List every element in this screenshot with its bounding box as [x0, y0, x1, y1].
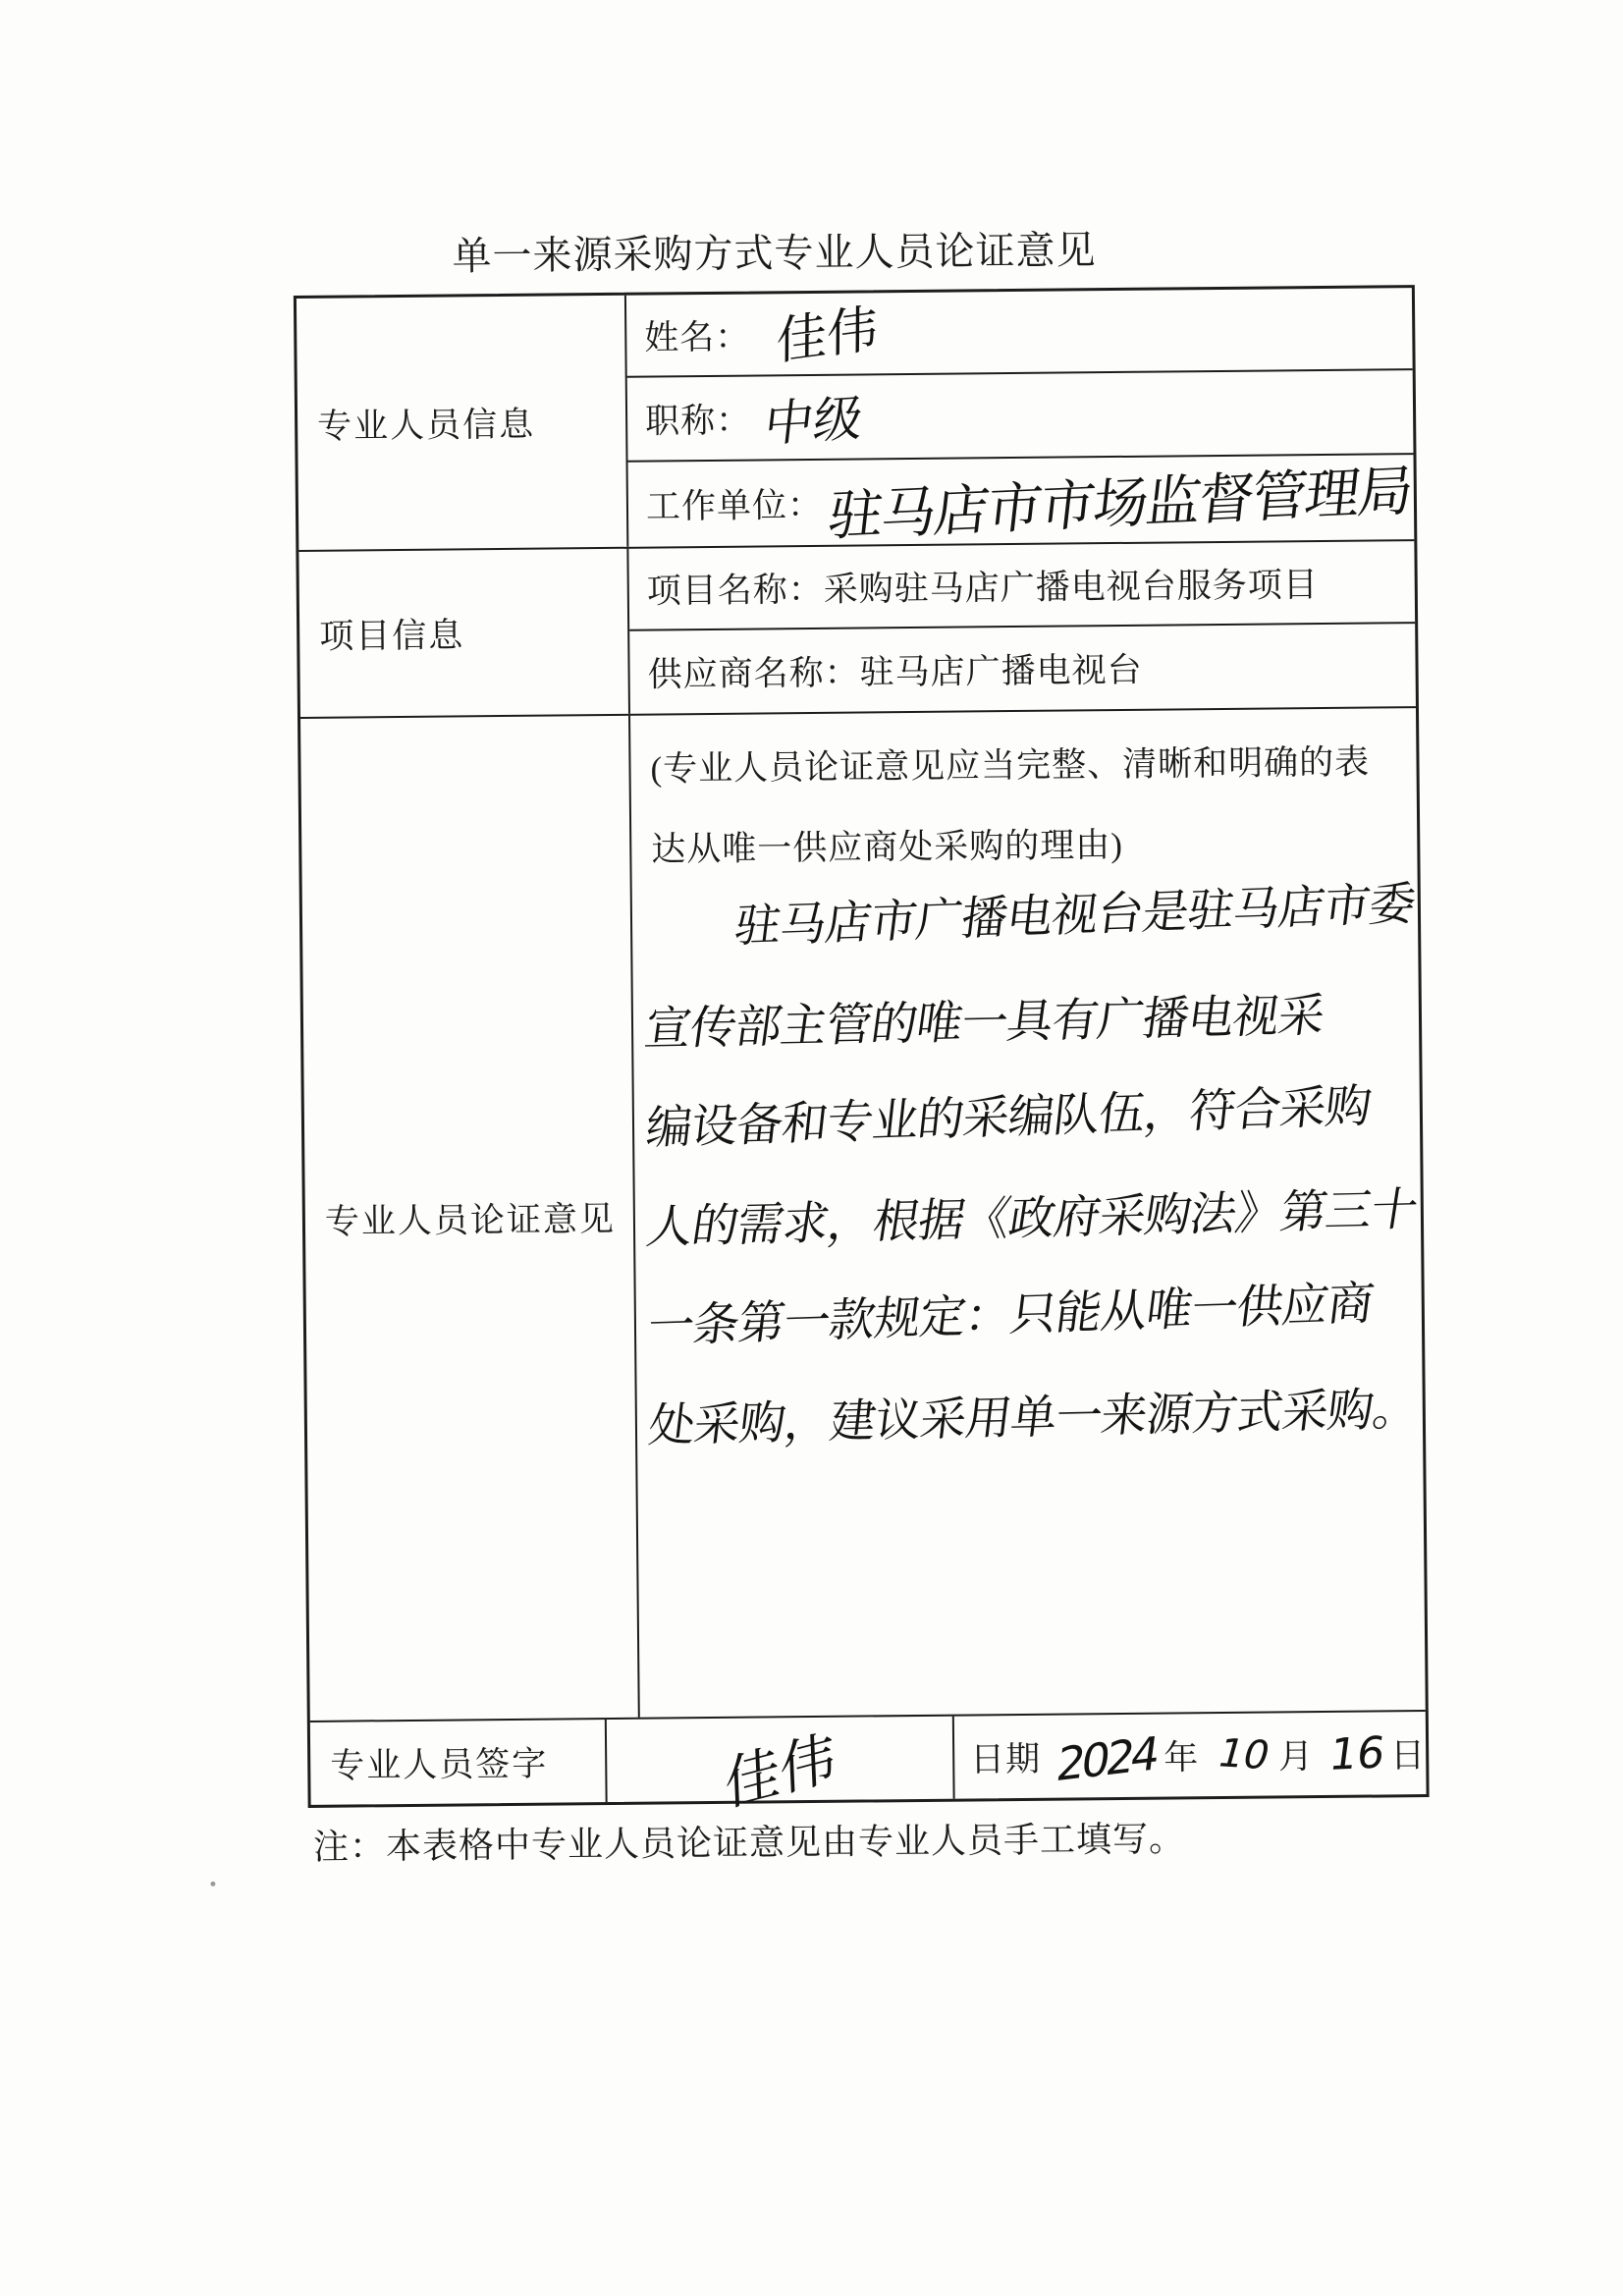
row-supplier-name: 供应商名称： 驻马店广播电视台	[629, 624, 1416, 714]
date-month-handwritten: 10	[1213, 1731, 1274, 1778]
row-work-unit: 工作单位： 驻马店市市场监督管理局	[628, 455, 1415, 547]
opinion-handwritten-line: 处采购，建议采用单一来源方式采购。	[643, 1360, 1422, 1476]
title-label: 职称：	[645, 394, 751, 444]
footer-note: 注：本表格中专业人员论证意见由专业人员手工填写。	[313, 1811, 1185, 1870]
supplier-name-value: 驻马店广播电视台	[859, 643, 1142, 695]
supplier-name-label: 供应商名称：	[647, 646, 859, 697]
section-project-info: 项目信息 项目名称： 采购驻马店广播电视台服务项目 供应商名称： 驻马店广播电视…	[298, 541, 1416, 719]
scanned-document-page: 单一来源采购方式专业人员论证意见 专业人员信息 姓名： 佳伟 职称： 中级 工作…	[0, 0, 1623, 2296]
title-handwritten-value: 中级	[761, 379, 867, 457]
month-suffix: 月	[1278, 1729, 1314, 1778]
work-unit-label: 工作单位：	[646, 478, 823, 529]
opinion-cell: (专业人员论证意见应当完整、清晰和明确的表 达从唯一供应商处采购的理由) 驻马店…	[630, 708, 1426, 1718]
project-name-value: 采购驻马店广播电视台服务项目	[824, 558, 1319, 612]
opinion-label: 专业人员论证意见	[300, 716, 640, 1721]
name-label: 姓名：	[644, 310, 750, 360]
section-personnel-info: 专业人员信息 姓名： 佳伟 职称： 中级 工作单位： 驻马店市市场监督管理局	[297, 288, 1414, 552]
row-project-name: 项目名称： 采购驻马店广播电视台服务项目	[628, 541, 1415, 631]
scan-speck	[210, 1882, 215, 1886]
row-name: 姓名： 佳伟	[626, 288, 1413, 378]
year-suffix: 年	[1163, 1730, 1199, 1779]
section-opinion: 专业人员论证意见 (专业人员论证意见应当完整、清晰和明确的表 达从唯一供应商处采…	[300, 708, 1426, 1722]
opinion-form-table: 专业人员信息 姓名： 佳伟 职称： 中级 工作单位： 驻马店市市场监督管理局 项…	[294, 285, 1430, 1808]
name-handwritten-value: 佳伟	[776, 286, 878, 373]
signature-label: 专业人员签字	[310, 1720, 608, 1805]
opinion-handwritten-text: 驻马店市广播电视台是驻马店市委 宣传部主管的唯一具有广播电视采 编设备和专业的采…	[644, 873, 1416, 1475]
signature-cell: 佳伟	[607, 1717, 954, 1802]
date-label: 日期	[970, 1732, 1041, 1782]
work-unit-handwritten-value: 驻马店市市场监督管理局	[825, 448, 1417, 553]
opinion-instruction-line1: (专业人员论证意见应当完整、清晰和明确的表	[650, 723, 1370, 810]
document-title: 单一来源采购方式专业人员论证意见	[0, 215, 1555, 286]
personnel-info-label: 专业人员信息	[297, 296, 628, 550]
project-name-label: 项目名称：	[647, 563, 824, 614]
date-year-handwritten: 2024	[1054, 1726, 1160, 1792]
section-signature: 专业人员签字 佳伟 日期 2024 年 10 月 16 日	[310, 1712, 1427, 1805]
day-suffix: 日	[1390, 1728, 1426, 1777]
row-title: 职称： 中级	[627, 370, 1414, 463]
date-cell: 日期 2024 年 10 月 16 日	[954, 1712, 1427, 1799]
signature-handwritten: 佳伟	[723, 1710, 837, 1823]
date-day-handwritten: 16	[1326, 1727, 1388, 1780]
project-info-label: 项目信息	[298, 549, 630, 717]
